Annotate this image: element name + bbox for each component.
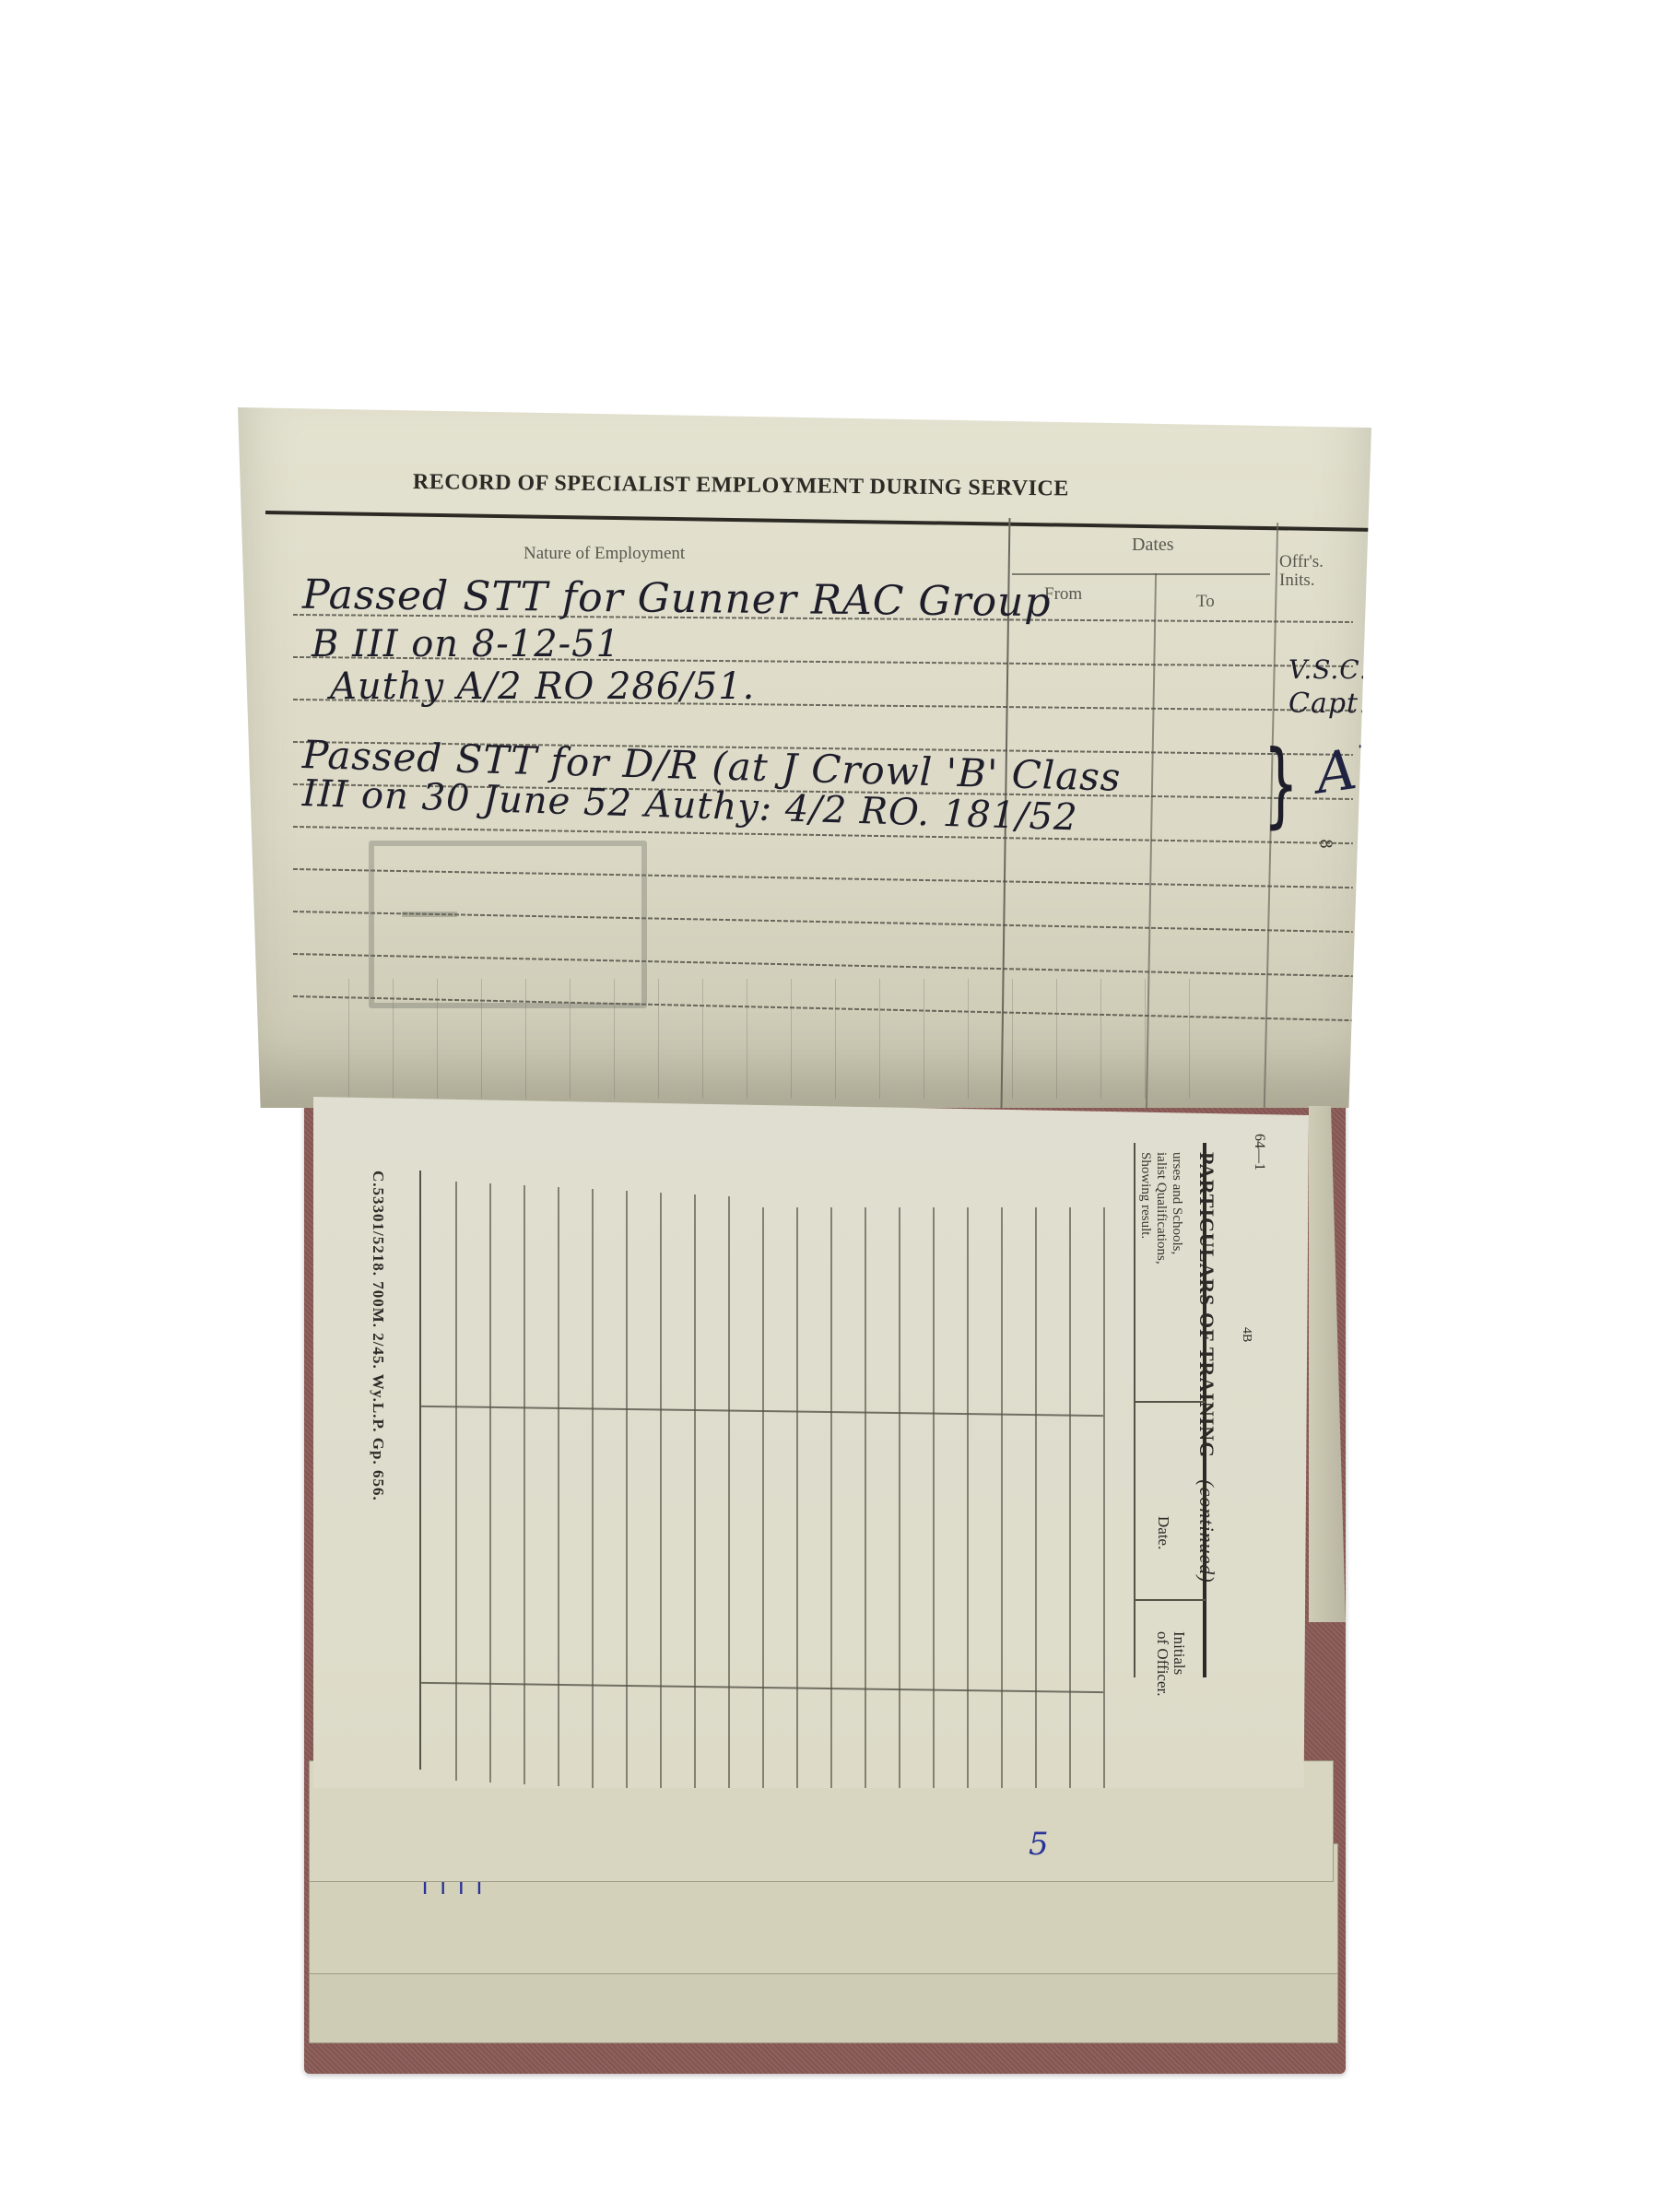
officer-signature-date: Capt. 11-12-51 [1288,688,1510,720]
specialist-employment-page: RECORD OF SPECIALIST EMPLOYMENT DURING S… [238,407,1371,1108]
officer-signature: Ak [1312,733,1396,807]
printer-code: C.53301/5218. 700M. 2/45. Wy.L.P. Gp. 65… [369,1171,387,1558]
grid-column-line [626,1191,628,1790]
grid-column-line [865,1207,866,1806]
grid-column-line [830,1207,832,1806]
form-number: 64—1 [1251,1134,1267,1171]
initials-line: Initials [1171,1631,1187,1697]
desc-line: Showing result. [1137,1152,1153,1265]
training-grid [419,1171,1103,1770]
blue-ink-mark: 5 [1029,1826,1049,1863]
grid-column-line [524,1185,525,1784]
grid-column-line [933,1207,935,1806]
desc-line: urses and Schools, [1169,1152,1184,1265]
faded-stamp: ▬▬▬ [369,841,647,1008]
particulars-of-training-page: C.53301/5218. 700M. 2/45. Wy.L.P. Gp. 65… [313,1097,1309,1788]
grid-column-line [899,1207,900,1806]
title-rule [265,511,1371,532]
handwritten-entry-line: Authy A/2 RO 286/51. [330,665,755,708]
column-header-nature: Nature of Employment [524,544,685,564]
training-header: 64—1 4B PARTICULARS OF TRAINING—(continu… [1115,1097,1318,1788]
column-rule [1134,1143,1135,1677]
grid-column-line [1103,1207,1105,1806]
offrs-label: Offr's. [1279,553,1324,571]
page-title: RECORD OF SPECIALIST EMPLOYMENT DURING S… [413,470,1196,503]
grid-column-line [728,1196,730,1795]
column-header-initials: Initials of Officer. [1154,1631,1187,1697]
dates-divider [1012,573,1270,575]
grid-column-line [694,1194,696,1794]
grid-column-line [796,1207,798,1806]
page-title: PARTICULARS OF TRAINING—(continued) [1194,1152,1218,1583]
grid-column-line [489,1183,491,1783]
grid-column-line [762,1207,764,1806]
grid-column-line [592,1189,594,1788]
column-header-description: urses and Schools, ialist Qualifications… [1137,1152,1184,1265]
grid-column-line [1035,1207,1037,1806]
handwritten-entry-line: B III on 8-12-51 [312,623,620,665]
column-header-date: Date. [1154,1516,1172,1549]
grid-column-line [1069,1207,1071,1806]
handwritten-entry-line: Passed STT for Gunner RAC Group [302,571,1052,627]
initials-line: of Officer. [1154,1631,1171,1697]
grid-column-line [967,1207,969,1806]
page-number: 4B [1239,1327,1253,1342]
column-header-officer-initials: Offr's. Inits. [1279,553,1324,590]
brace-glyph: } [1264,730,1299,838]
title-text: PARTICULARS OF TRAINING— [1195,1152,1218,1479]
grid-column-line [558,1187,559,1786]
page-number: 8 [1315,840,1336,849]
grid-column-line [455,1182,457,1781]
desc-line: ialist Qualifications, [1153,1152,1169,1265]
title-suffix: (continued) [1195,1479,1218,1583]
grid-column-line [1001,1207,1003,1806]
officer-signature: V.S.C. [signature] [1288,654,1533,685]
grid-column-line [660,1193,662,1792]
column-header-dates: Dates [1132,535,1174,556]
column-header-to: To [1196,592,1215,612]
inits-label: Inits. [1279,571,1324,590]
column-divider [1134,1599,1206,1601]
